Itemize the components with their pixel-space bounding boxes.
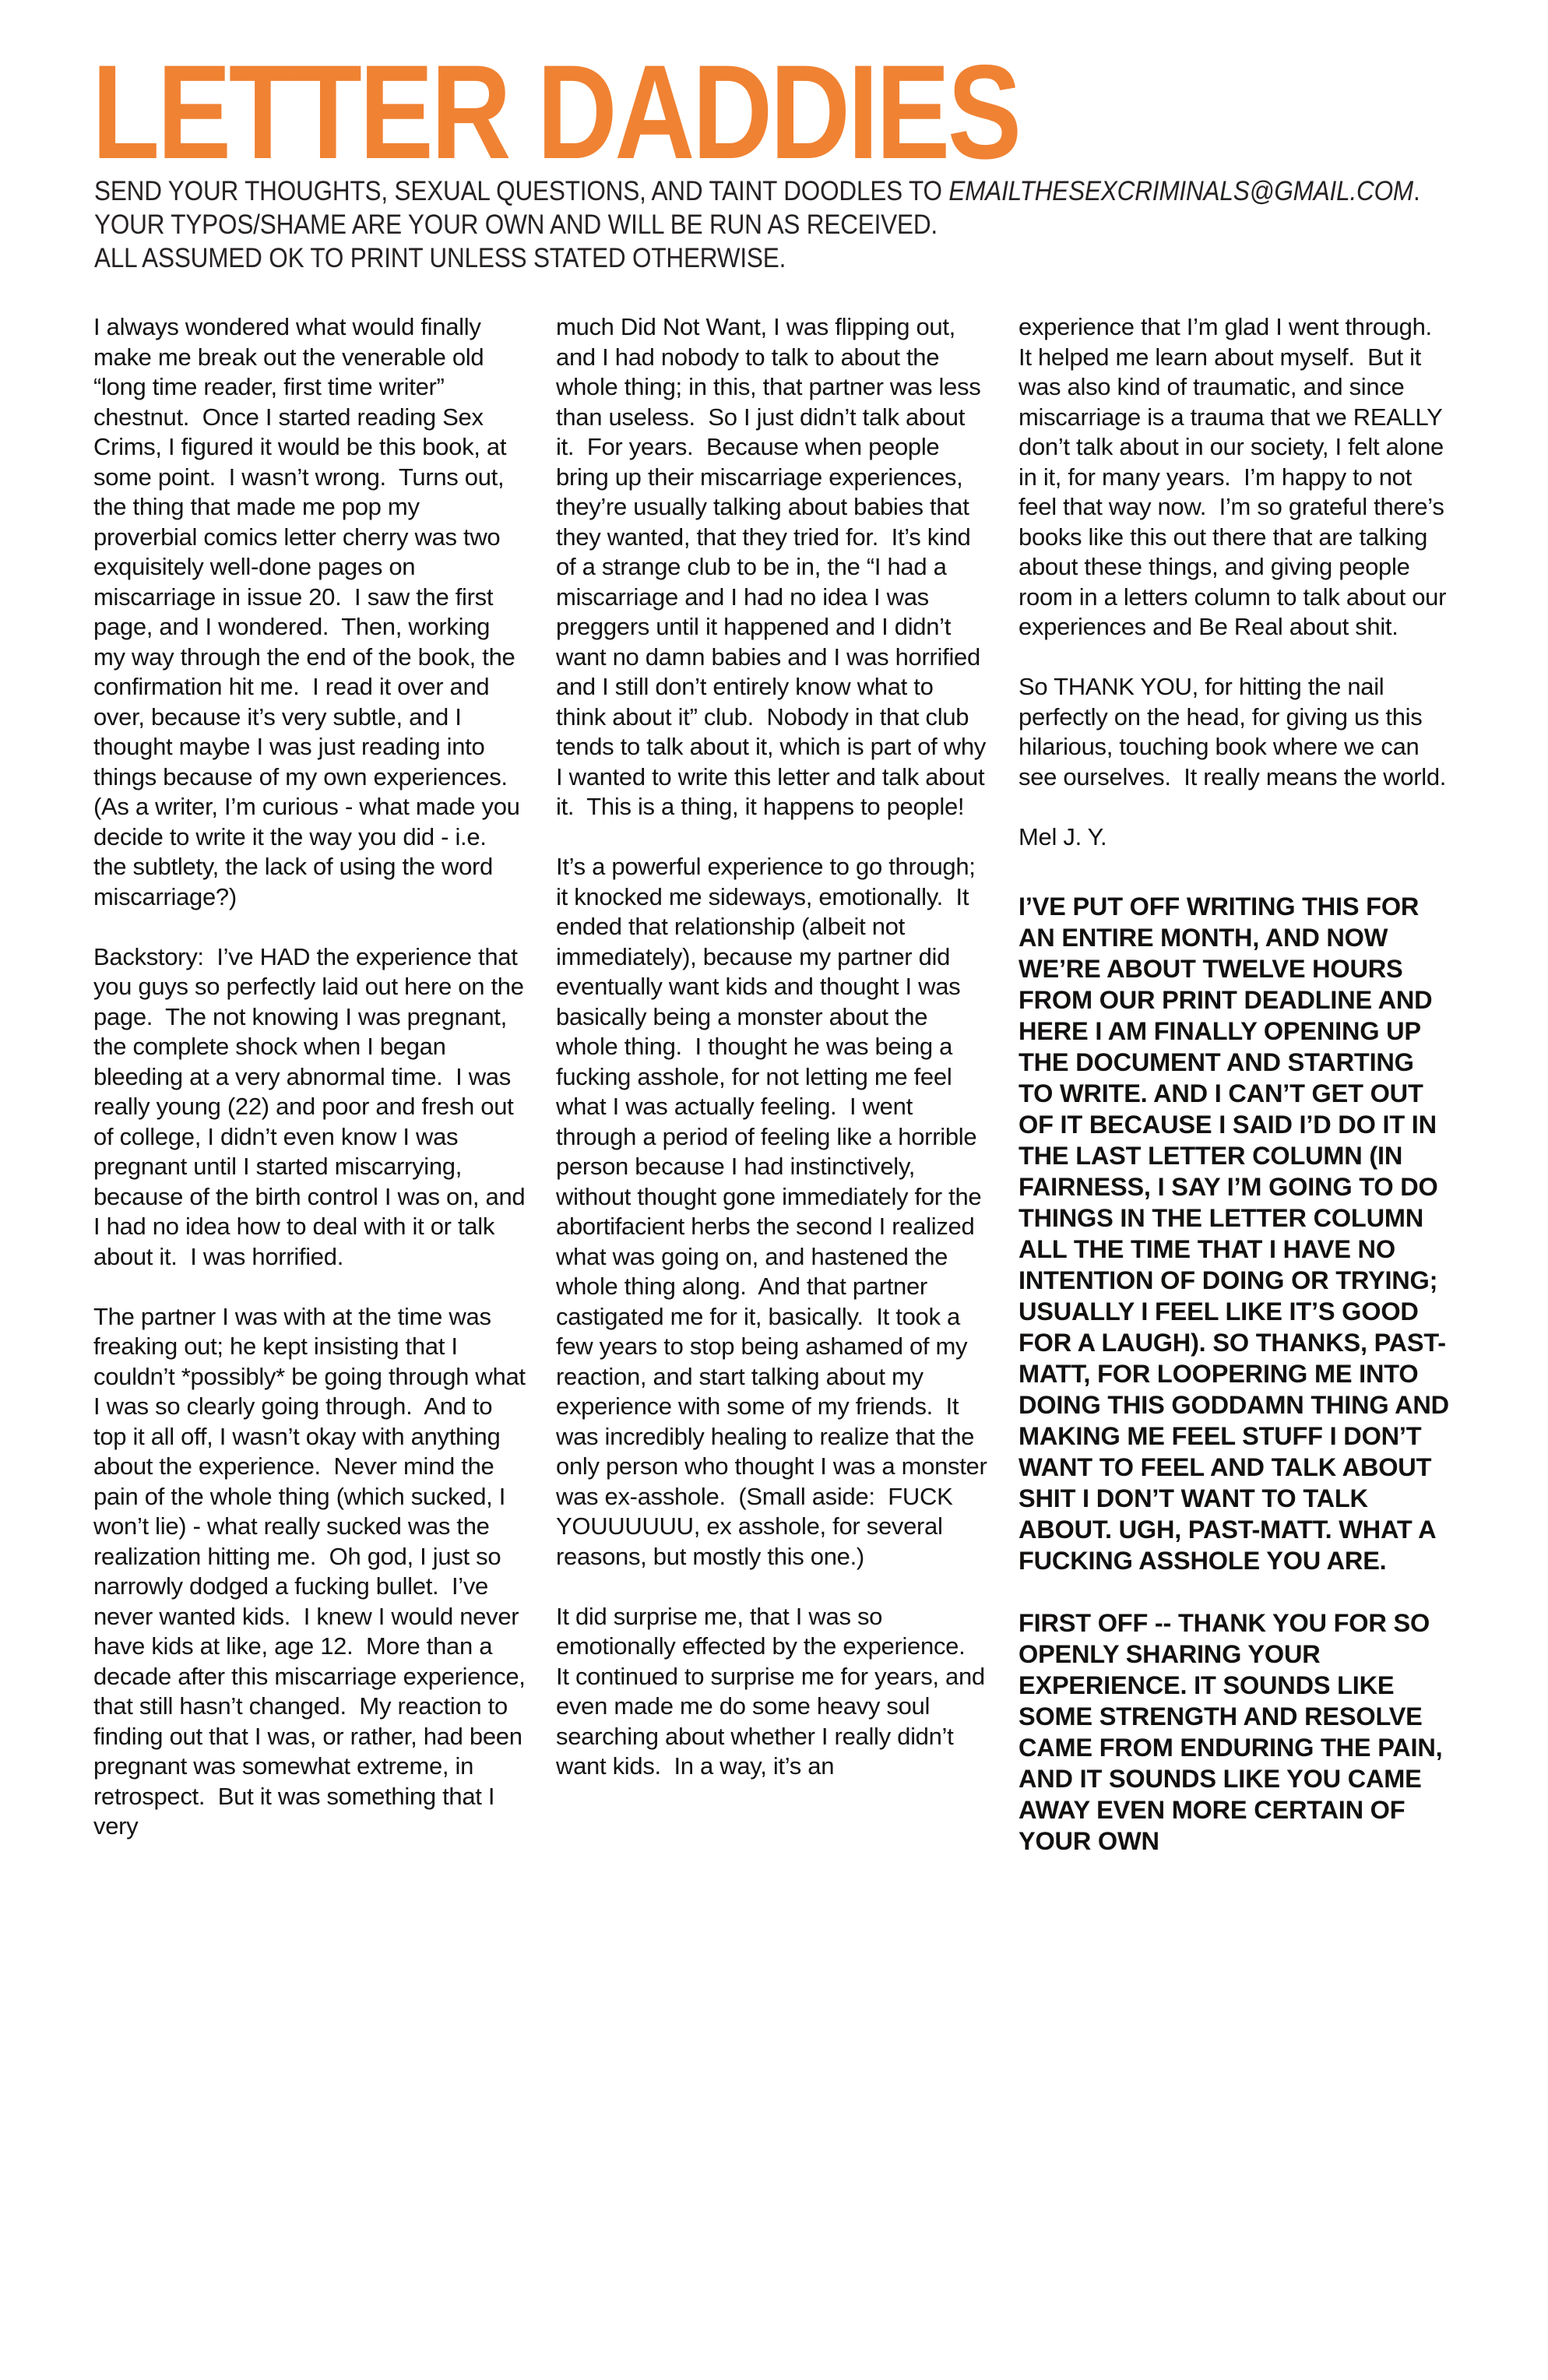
submission-email-address: EMAILTHESEXCRIMINALS@GMAIL.COM [948, 176, 1413, 206]
letter-column-1: I always wondered what would finally mak… [93, 312, 526, 1888]
letter-columns: I always wondered what would finally mak… [93, 312, 1455, 1888]
instructions-line-1-suffix: . [1413, 176, 1420, 206]
letters-page: LETTER DADDIES SEND YOUR THOUGHTS, SEXUA… [0, 0, 1548, 2380]
letter-paragraph: much Did Not Want, I was flipping out, a… [556, 312, 988, 822]
letter-paragraph: I always wondered what would finally mak… [93, 312, 526, 912]
reply-paragraph: FIRST OFF -- THANK YOU FOR SO OPENLY SHA… [1019, 1607, 1451, 1857]
letter-paragraph: So THANK YOU, for hitting the nail perfe… [1019, 672, 1451, 792]
letter-paragraph: Backstory: I’ve HAD the experience that … [93, 942, 526, 1273]
letter-paragraph: The partner I was with at the time was f… [93, 1302, 526, 1842]
letter-column-2: much Did Not Want, I was flipping out, a… [556, 312, 988, 1888]
letter-signature: Mel J. Y. [1019, 822, 1451, 853]
letter-paragraph: It did surprise me, that I was so emotio… [556, 1602, 988, 1782]
submission-instructions-line-3: ALL ASSUMED OK TO PRINT UNLESS STATED OT… [94, 241, 1420, 275]
letter-column-3: experience that I’m glad I went through.… [1019, 312, 1451, 1888]
editor-reply: I’VE PUT OFF WRITING THIS FOR AN ENTIRE … [1019, 891, 1451, 1857]
reply-paragraph: I’VE PUT OFF WRITING THIS FOR AN ENTIRE … [1019, 891, 1451, 1576]
submission-instructions-line-1: SEND YOUR THOUGHTS, SEXUAL QUESTIONS, AN… [94, 174, 1420, 208]
submission-instructions-line-2: YOUR TYPOS/SHAME ARE YOUR OWN AND WILL B… [94, 208, 1420, 241]
letter-paragraph: experience that I’m glad I went through.… [1019, 312, 1451, 643]
page-title: LETTER DADDIES [92, 45, 1019, 179]
instructions-line-1-prefix: SEND YOUR THOUGHTS, SEXUAL QUESTIONS, AN… [94, 176, 948, 206]
letter-paragraph: It’s a powerful experience to go through… [556, 852, 988, 1572]
submission-instructions: SEND YOUR THOUGHTS, SEXUAL QUESTIONS, AN… [94, 174, 1548, 275]
